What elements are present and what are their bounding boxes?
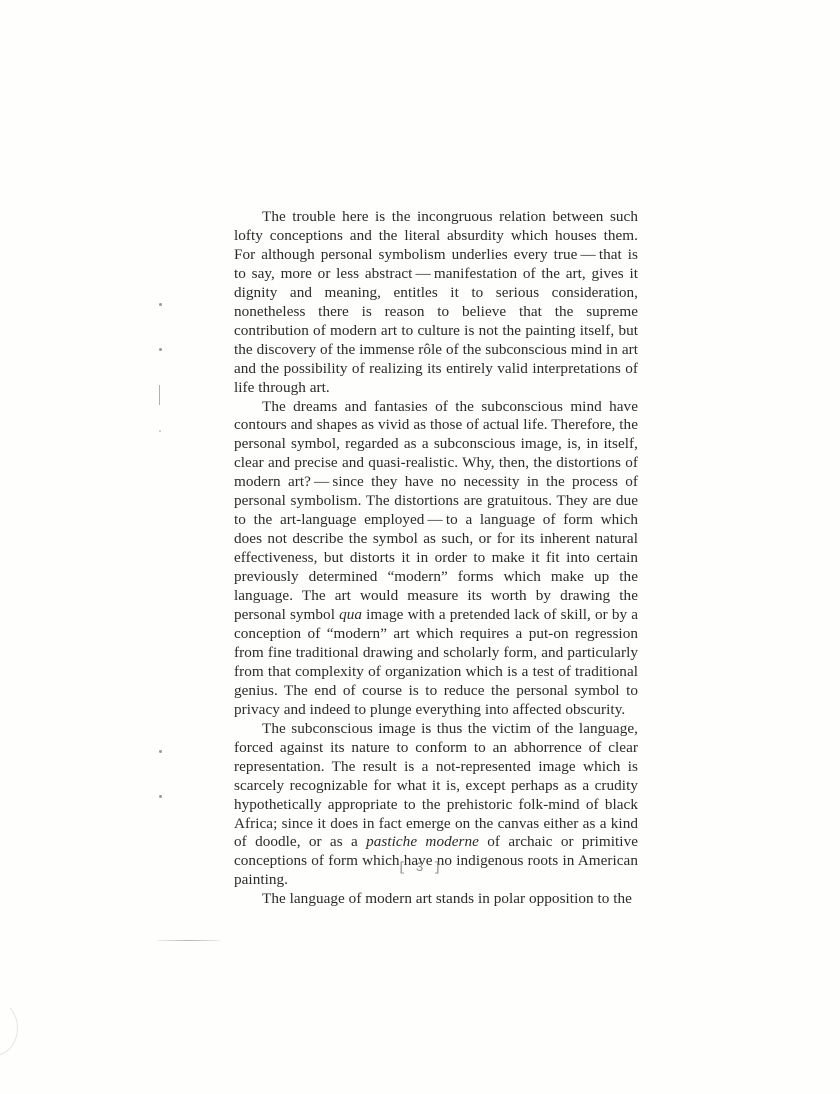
italic-qua: qua [339,606,362,623]
paragraph-2-text-a: The dreams and fantasies of the subconsc… [234,398,638,623]
punch-mark-2 [159,348,162,351]
punch-mark-3 [159,430,161,432]
paragraph-1-text: The trouble here is the incongruous rela… [234,208,638,396]
paragraph-1: The trouble here is the incongruous rela… [234,208,638,398]
punch-mark-1 [159,303,162,306]
scan-artifact-line [158,940,220,941]
punch-mark-5 [159,795,162,798]
paragraph-3-text-a: The subconscious image is thus the victi… [234,720,638,851]
scanned-page: The trouble here is the incongruous rela… [0,0,840,1094]
paper-curl-artifact [0,1000,18,1056]
body-text: The trouble here is the incongruous rela… [234,208,638,909]
page-number: [ 3 ] [0,860,840,875]
italic-pastiche-moderne: pastiche moderne [366,833,479,850]
binding-mark [159,385,160,405]
paragraph-2: The dreams and fantasies of the subconsc… [234,398,638,720]
paragraph-4-text: The language of modern art stands in pol… [262,890,632,907]
punch-mark-4 [159,750,162,753]
paragraph-4: The language of modern art stands in pol… [234,890,638,909]
